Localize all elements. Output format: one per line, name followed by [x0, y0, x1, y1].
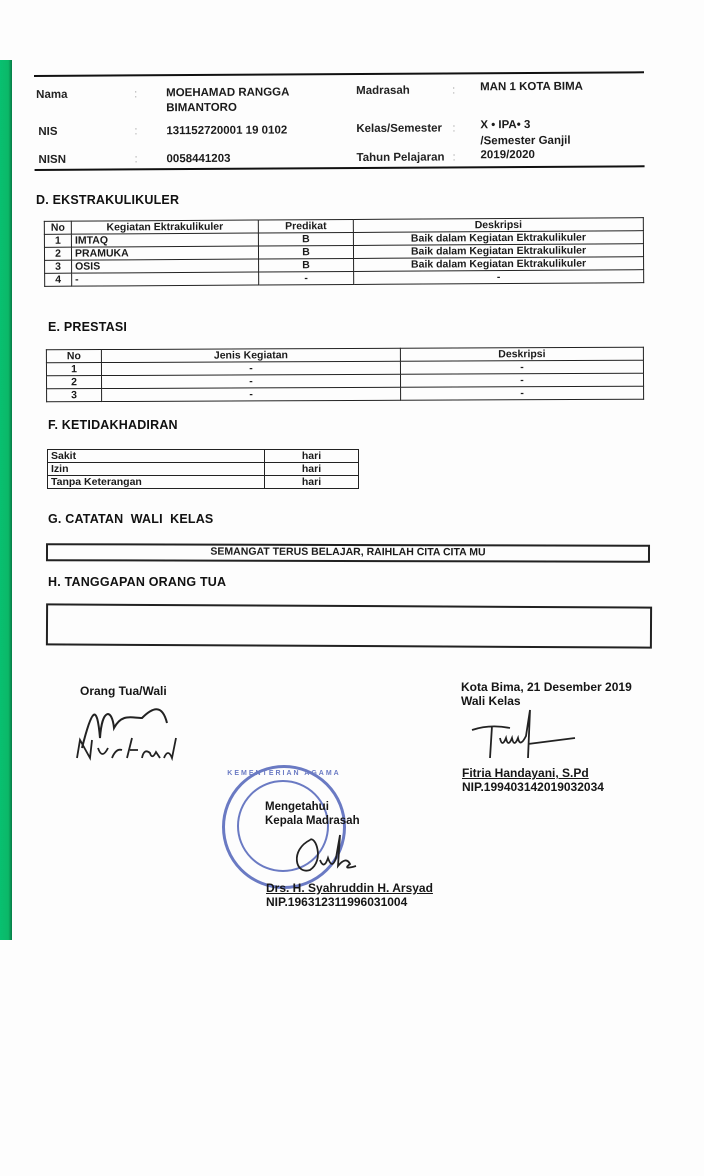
section-title-prestasi: E. PRESTASI: [48, 320, 127, 334]
colon: :: [452, 83, 455, 97]
section-title-catatan-wali-kelas: G. CATATAN WALI KELAS: [48, 512, 213, 526]
cell-no: 2: [44, 247, 71, 260]
table-row: Sakit hari: [48, 450, 359, 463]
ekstrakurikuler-table: No Kegiatan Ektrakulikuler Predikat Desk…: [44, 217, 644, 287]
cell-value: hari: [265, 463, 359, 476]
table-row: 4 - - -: [45, 270, 644, 287]
cell-deskripsi: -: [401, 386, 644, 400]
cell-label: Tanpa Keterangan: [48, 476, 265, 489]
cell-deskripsi: -: [354, 270, 644, 285]
nama-value-line2: BIMANTORO: [166, 101, 237, 115]
colon: :: [452, 121, 455, 135]
cell-value: hari: [265, 450, 359, 463]
kepala-madrasah-nip: NIP.196312311996031004: [266, 895, 433, 909]
cell-no: 3: [47, 389, 102, 402]
col-header-kegiatan: Kegiatan Ektrakulikuler: [71, 220, 258, 234]
cell-predikat: -: [259, 271, 354, 285]
nama-value-line1: MOEHAMAD RANGGA: [166, 85, 289, 100]
kelas-semester-label: Kelas/Semester: [356, 122, 442, 137]
wali-kelas-title: Wali Kelas: [461, 694, 632, 708]
cell-kegiatan: -: [72, 272, 259, 286]
cell-no: 1: [46, 363, 101, 376]
cell-jenis: -: [102, 374, 401, 388]
kelas-value-line1: X • IPA• 3: [480, 118, 530, 132]
student-identity-header: Nama : MOEHAMAD RANGGA BIMANTORO NIS : 1…: [34, 71, 645, 171]
stamp-text: KEMENTERIAN AGAMA: [225, 770, 343, 777]
cell-no: 2: [47, 376, 102, 389]
colon: :: [452, 150, 455, 164]
cell-kegiatan: OSIS: [72, 259, 259, 273]
madrasah-value: MAN 1 KOTA BIMA: [480, 80, 583, 95]
col-header-no: No: [44, 221, 71, 234]
madrasah-label: Madrasah: [356, 84, 410, 98]
cell-predikat: B: [258, 245, 353, 259]
kepala-madrasah-identity: Drs. H. Syahruddin H. Arsyad NIP.1963123…: [266, 881, 433, 909]
colon: :: [134, 87, 137, 101]
cell-predikat: B: [259, 258, 354, 272]
cell-kegiatan: PRAMUKA: [71, 246, 258, 260]
section-title-tanggapan-orang-tua: H. TANGGAPAN ORANG TUA: [48, 575, 226, 589]
cell-deskripsi: -: [400, 360, 643, 374]
cell-label: Izin: [48, 463, 265, 476]
wali-kelas-signature-icon: [470, 708, 580, 768]
wali-kelas-signature-block: Kota Bima, 21 Desember 2019 Wali Kelas: [461, 680, 632, 708]
wali-kelas-name: Fitria Handayani, S.Pd: [462, 766, 604, 780]
catatan-wali-kelas-box: SEMANGAT TERUS BELAJAR, RAIHLAH CITA CIT…: [46, 543, 650, 563]
col-header-deskripsi: Deskripsi: [400, 347, 643, 361]
section-title-ekstrakurikuler: D. EKSTRAKULIKULER: [36, 193, 179, 207]
nis-label: NIS: [38, 125, 57, 139]
parent-signature-icon: [72, 698, 182, 768]
col-header-predikat: Predikat: [258, 219, 353, 233]
table-row: Tanpa Keterangan hari: [48, 476, 359, 489]
nisn-label: NISN: [38, 153, 66, 167]
report-card-page: Nama : MOEHAMAD RANGGA BIMANTORO NIS : 1…: [0, 0, 704, 1176]
col-header-jenis-kegiatan: Jenis Kegiatan: [101, 348, 400, 362]
colon: :: [134, 124, 137, 138]
cell-label: Sakit: [48, 450, 265, 463]
cell-no: 1: [44, 234, 71, 247]
cell-value: hari: [265, 476, 359, 489]
nisn-value: 0058441203: [166, 152, 230, 166]
cell-predikat: B: [258, 232, 353, 246]
cell-jenis: -: [101, 361, 400, 375]
prestasi-table: No Jenis Kegiatan Deskripsi 1 - - 2 - - …: [46, 347, 644, 403]
parent-title: Orang Tua/Wali: [80, 684, 167, 698]
catatan-text: SEMANGAT TERUS BELAJAR, RAIHLAH CITA CIT…: [210, 546, 485, 559]
ketidakhadiran-table: Sakit hari Izin hari Tanpa Keterangan ha…: [47, 449, 359, 489]
tahun-pelajaran-label: Tahun Pelajaran: [356, 150, 444, 165]
cell-no: 4: [45, 273, 72, 286]
tahun-pelajaran-value: 2019/2020: [480, 148, 534, 162]
nis-value: 131152720001 19 0102: [166, 123, 287, 138]
wali-kelas-identity: Fitria Handayani, S.Pd NIP.1994031420190…: [462, 766, 604, 794]
cell-deskripsi: -: [400, 373, 643, 387]
parent-signature-block: Orang Tua/Wali: [80, 684, 167, 698]
wali-kelas-nip: NIP.199403142019032034: [462, 780, 604, 794]
nama-label: Nama: [36, 88, 67, 102]
colon: :: [134, 152, 137, 166]
tanggapan-orang-tua-box: [46, 603, 652, 648]
kepala-signature-icon: [290, 830, 360, 880]
section-title-ketidakhadiran: F. KETIDAKHADIRAN: [48, 418, 178, 432]
kepala-madrasah-name: Drs. H. Syahruddin H. Arsyad: [266, 881, 433, 895]
col-header-no: No: [46, 350, 101, 363]
table-row: Izin hari: [48, 463, 359, 476]
cell-no: 3: [45, 260, 72, 273]
cell-jenis: -: [102, 387, 401, 401]
place-date: Kota Bima, 21 Desember 2019: [461, 680, 632, 694]
kepala-madrasah-signature-block: Mengetahui Kepala Madrasah: [265, 800, 360, 828]
cell-kegiatan: IMTAQ: [71, 233, 258, 247]
table-row: 3 - -: [47, 386, 644, 402]
kepala-title-line1: Mengetahui: [265, 800, 360, 814]
kelas-value-line2: /Semester Ganjil: [480, 134, 570, 149]
kepala-title-line2: Kepala Madrasah: [265, 814, 360, 828]
